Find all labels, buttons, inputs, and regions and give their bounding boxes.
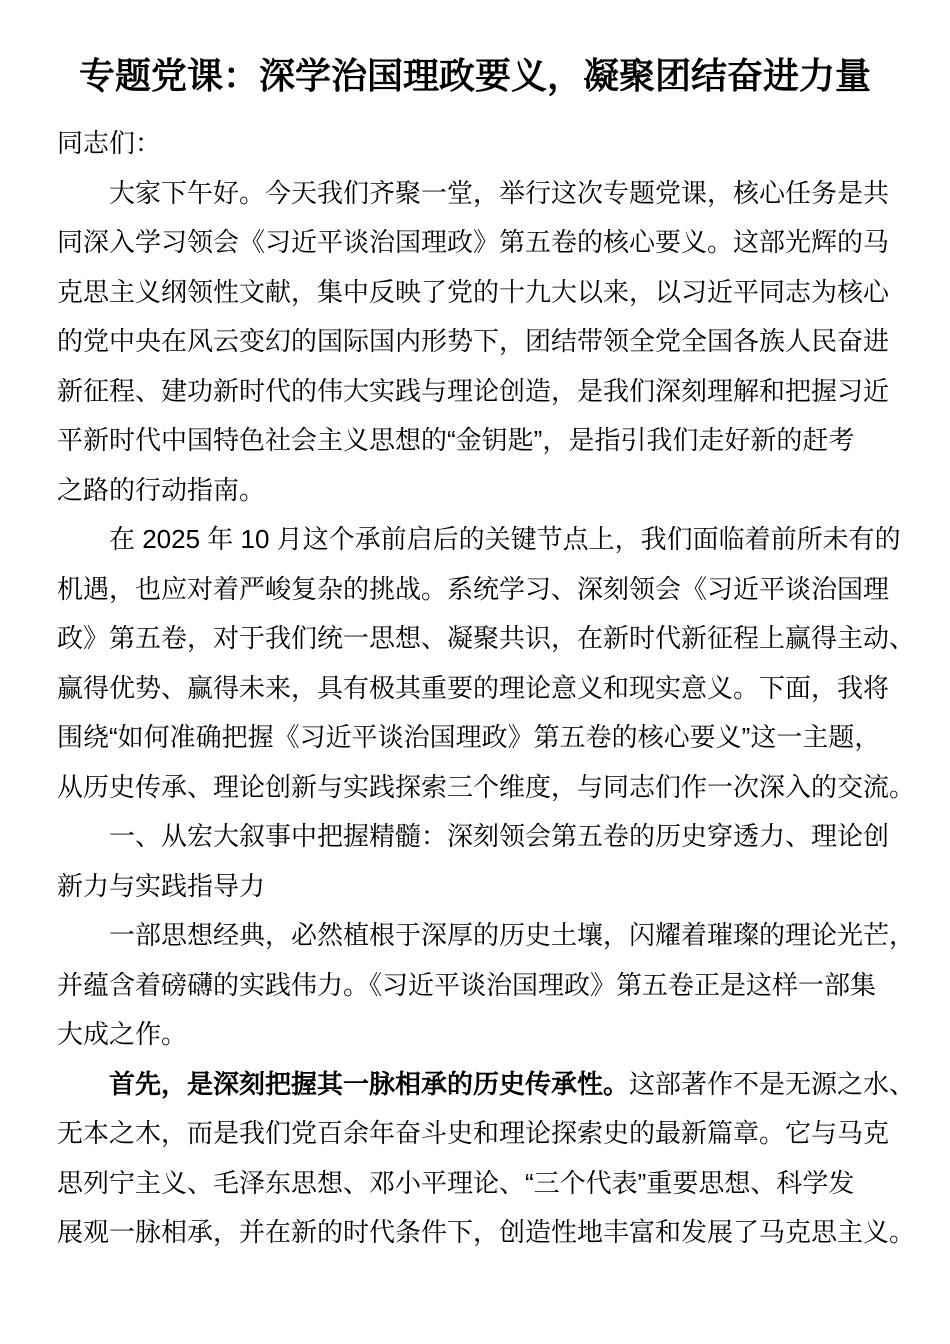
text-line: 展观一脉相承，并在新的时代条件下，创造性地丰富和发展了马克思主义。	[57, 1208, 893, 1258]
paragraph: 在 2025 年 10 月这个承前启后的关键节点上，我们面临着前所未有的机遇，也…	[57, 515, 893, 812]
text-line: 一部思想经典，必然植根于深厚的历史土壤，闪耀着璀璨的理论光芒，	[57, 911, 893, 961]
text-line: 赢得优势、赢得未来，具有极其重要的理论意义和现实意义。下面，我将	[57, 664, 893, 714]
paragraph: 首先，是深刻把握其一脉相承的历史传承性。这部著作不是无源之水、无本之木，而是我们…	[57, 1060, 893, 1258]
document-title: 专题党课：深学治国理政要义，凝聚团结奋进力量	[57, 54, 893, 98]
text-line: 从历史传承、理论创新与实践探索三个维度，与同志们作一次深入的交流。	[57, 763, 893, 813]
text-line: 政》第五卷，对于我们统一思想、凝聚共识，在新时代新征程上赢得主动、	[57, 614, 893, 664]
text-line: 新征程、建功新时代的伟大实践与理论创造，是我们深刻理解和把握习近	[57, 367, 893, 417]
text-line: 克思主义纲领性文献，集中反映了党的十九大以来，以习近平同志为核心	[57, 268, 893, 318]
document-page: 专题党课：深学治国理政要义，凝聚团结奋进力量 同志们：大家下午好。今天我们齐聚一…	[0, 0, 950, 1344]
salutation: 同志们：	[57, 119, 893, 169]
text-line: 新力与实践指导力	[57, 862, 893, 912]
text-line: 大家下午好。今天我们齐聚一堂，举行这次专题党课，核心任务是共	[57, 169, 893, 219]
text-line: 平新时代中国特色社会主义思想的“金钥匙”，是指引我们走好新的赶考	[57, 416, 893, 466]
text-line: 同深入学习领会《习近平谈治国理政》第五卷的核心要义。这部光辉的马	[57, 218, 893, 268]
text-line: 思列宁主义、毛泽东思想、邓小平理论、“三个代表”重要思想、科学发	[57, 1159, 893, 1209]
paragraph: 大家下午好。今天我们齐聚一堂，举行这次专题党课，核心任务是共同深入学习领会《习近…	[57, 169, 893, 516]
text-line: 在 2025 年 10 月这个承前启后的关键节点上，我们面临着前所未有的	[57, 515, 893, 565]
text-line: 并蕴含着磅礴的实践伟力。《习近平谈治国理政》第五卷正是这样一部集	[57, 961, 893, 1011]
text-line: 同志们：	[57, 119, 893, 169]
section-heading: 一、从宏大叙事中把握精髓：深刻领会第五卷的历史穿透力、理论创新力与实践指导力	[57, 812, 893, 911]
bold-emphasis: 首先，是深刻把握其一脉相承的历史传承性。	[109, 1069, 629, 1099]
text-line: 大成之作。	[57, 1010, 893, 1060]
text-line: 一、从宏大叙事中把握精髓：深刻领会第五卷的历史穿透力、理论创	[57, 812, 893, 862]
text-line: 首先，是深刻把握其一脉相承的历史传承性。这部著作不是无源之水、	[57, 1060, 893, 1110]
text-line: 无本之木，而是我们党百余年奋斗史和理论探索史的最新篇章。它与马克	[57, 1109, 893, 1159]
text-line: 的党中央在风云变幻的国际国内形势下，团结带领全党全国各族人民奋进	[57, 317, 893, 367]
text-line: 围绕“如何准确把握《习近平谈治国理政》第五卷的核心要义”这一主题，	[57, 713, 893, 763]
text-line: 之路的行动指南。	[57, 466, 893, 516]
text-line: 机遇，也应对着严峻复杂的挑战。系统学习、深刻领会《习近平谈治国理	[57, 565, 893, 615]
text-run: 这部著作不是无源之水、	[629, 1069, 915, 1099]
document-body: 同志们：大家下午好。今天我们齐聚一堂，举行这次专题党课，核心任务是共同深入学习领…	[57, 119, 893, 1258]
paragraph: 一部思想经典，必然植根于深厚的历史土壤，闪耀着璀璨的理论光芒，并蕴含着磅礴的实践…	[57, 911, 893, 1060]
